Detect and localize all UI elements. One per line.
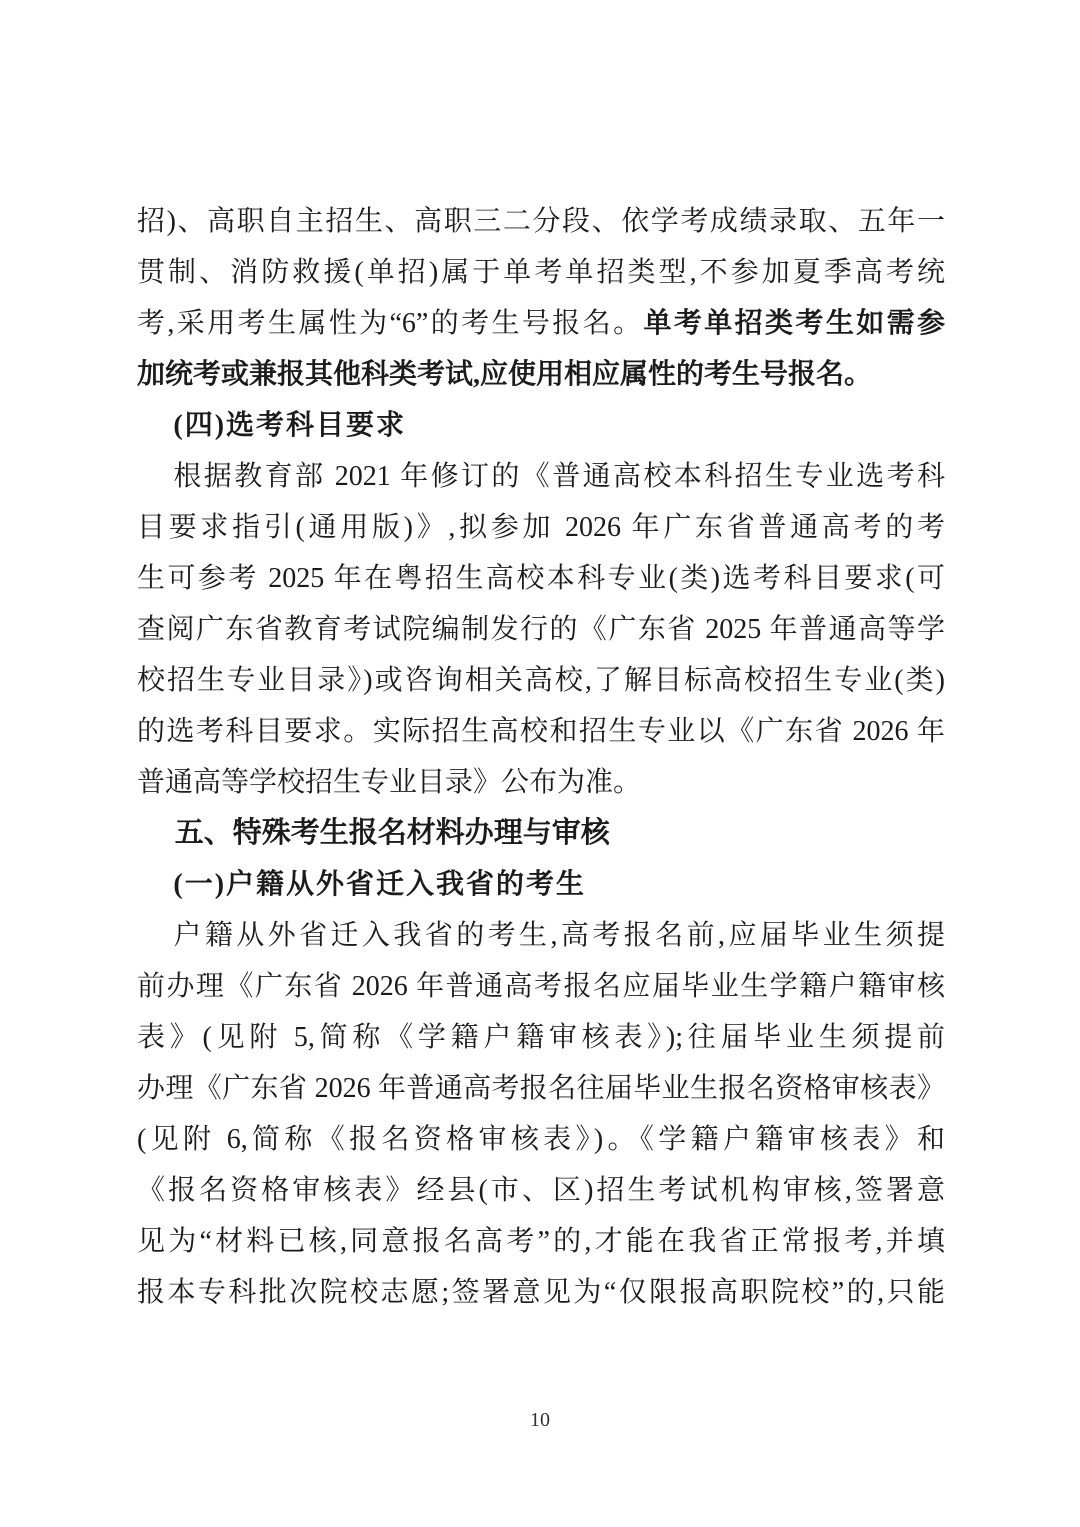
doc-line-1-text: 招)、高职自主招生、高职三二分段、依学考成绩录取、五年一 <box>137 206 945 237</box>
heading-special-candidates-materials-text: 五、特殊考生报名材料办理与审核 <box>175 817 610 849</box>
doc-line-18-text: 办理《广东省 2026 年普通高考报名往届毕业生报名资格审核表》 <box>137 1073 945 1104</box>
doc-line-10-text: 校招生专业目录》)或咨询相关高校,了解目标高校招生专业(类) <box>137 665 945 696</box>
doc-line-2-text: 贯制、消防救援(单招)属于单考单招类型,不参加夏季高考统 <box>137 257 945 288</box>
heading-subject-selection-requirements: (四)选考科目要求 <box>137 400 945 451</box>
doc-line-15: 户籍从外省迁入我省的考生,高考报名前,应届毕业生须提 <box>137 910 945 961</box>
doc-line-21: 见为“材料已核,同意报名高考”的,才能在我省正常报考,并填 <box>137 1216 945 1267</box>
heading-hukou-migrated-candidates: (一)户籍从外省迁入我省的考生 <box>137 859 945 910</box>
doc-line-20: 《报名资格审核表》经县(市、区)招生考试机构审核,签署意 <box>137 1165 945 1216</box>
doc-line-16: 前办理《广东省 2026 年普通高考报名应届毕业生学籍户籍审核 <box>137 961 945 1012</box>
doc-line-8: 生可参考 2025 年在粤招生高校本科专业(类)选考科目要求(可 <box>137 553 945 604</box>
doc-line-20-text: 《报名资格审核表》经县(市、区)招生考试机构审核,签署意 <box>137 1175 945 1206</box>
doc-line-18: 办理《广东省 2026 年普通高考报名往届毕业生报名资格审核表》 <box>137 1063 945 1114</box>
doc-line-3: 考,采用考生属性为“6”的考生号报名。单考单招类考生如需参 <box>137 298 945 349</box>
doc-line-17-text: 表》(见附 5,简称《学籍户籍审核表》);往届毕业生须提前 <box>137 1022 945 1053</box>
document-page: 招)、高职自主招生、高职三二分段、依学考成绩录取、五年一 贯制、消防救援(单招)… <box>0 0 1080 1527</box>
doc-line-12: 普通高等学校招生专业目录》公布为准。 <box>137 757 945 808</box>
doc-line-7-text: 目要求指引(通用版)》,拟参加 2026 年广东省普通高考的考 <box>137 512 945 543</box>
doc-line-4: 加统考或兼报其他科类考试,应使用相应属性的考生号报名。 <box>137 349 945 400</box>
document-text-block: 招)、高职自主招生、高职三二分段、依学考成绩录取、五年一 贯制、消防救援(单招)… <box>137 196 945 1318</box>
doc-line-15-text: 户籍从外省迁入我省的考生,高考报名前,应届毕业生须提 <box>173 920 945 951</box>
doc-line-21-text: 见为“材料已核,同意报名高考”的,才能在我省正常报考,并填 <box>137 1226 945 1257</box>
doc-line-9-text: 查阅广东省教育考试院编制发行的《广东省 2025 年普通高等学 <box>137 614 945 645</box>
heading-hukou-migrated-candidates-text: (一)户籍从外省迁入我省的考生 <box>173 869 586 900</box>
doc-line-8-text: 生可参考 2025 年在粤招生高校本科专业(类)选考科目要求(可 <box>137 563 945 594</box>
doc-line-10: 校招生专业目录》)或咨询相关高校,了解目标高校招生专业(类) <box>137 655 945 706</box>
doc-line-3-bold-text: 单考单招类考生如需参 <box>643 308 945 339</box>
doc-line-1: 招)、高职自主招生、高职三二分段、依学考成绩录取、五年一 <box>137 196 945 247</box>
heading-special-candidates-materials: 五、特殊考生报名材料办理与审核 <box>137 808 945 859</box>
doc-line-12-text: 普通高等学校招生专业目录》公布为准。 <box>137 767 641 798</box>
page-number: 10 <box>0 1405 1080 1435</box>
doc-line-3-text: 考,采用考生属性为“6”的考生号报名。 <box>137 308 643 339</box>
doc-line-19: (见附 6,简称《报名资格审核表》)。《学籍户籍审核表》和 <box>137 1114 945 1165</box>
doc-line-17: 表》(见附 5,简称《学籍户籍审核表》);往届毕业生须提前 <box>137 1012 945 1063</box>
doc-line-22-text: 报本专科批次院校志愿;签署意见为“仅限报高职院校”的,只能 <box>137 1277 945 1308</box>
heading-subject-selection-requirements-text: (四)选考科目要求 <box>173 410 406 441</box>
doc-line-19-text: (见附 6,简称《报名资格审核表》)。《学籍户籍审核表》和 <box>137 1124 945 1155</box>
doc-line-22: 报本专科批次院校志愿;签署意见为“仅限报高职院校”的,只能 <box>137 1267 945 1318</box>
doc-line-11: 的选考科目要求。实际招生高校和招生专业以《广东省 2026 年 <box>137 706 945 757</box>
doc-line-4-bold-text: 加统考或兼报其他科类考试,应使用相应属性的考生号报名。 <box>137 359 872 390</box>
doc-line-7: 目要求指引(通用版)》,拟参加 2026 年广东省普通高考的考 <box>137 502 945 553</box>
doc-line-6-text: 根据教育部 2021 年修订的《普通高校本科招生专业选考科 <box>173 461 945 492</box>
doc-line-6: 根据教育部 2021 年修订的《普通高校本科招生专业选考科 <box>137 451 945 502</box>
doc-line-2: 贯制、消防救援(单招)属于单考单招类型,不参加夏季高考统 <box>137 247 945 298</box>
doc-line-11-text: 的选考科目要求。实际招生高校和招生专业以《广东省 2026 年 <box>137 716 945 747</box>
doc-line-9: 查阅广东省教育考试院编制发行的《广东省 2025 年普通高等学 <box>137 604 945 655</box>
doc-line-16-text: 前办理《广东省 2026 年普通高考报名应届毕业生学籍户籍审核 <box>137 971 945 1002</box>
